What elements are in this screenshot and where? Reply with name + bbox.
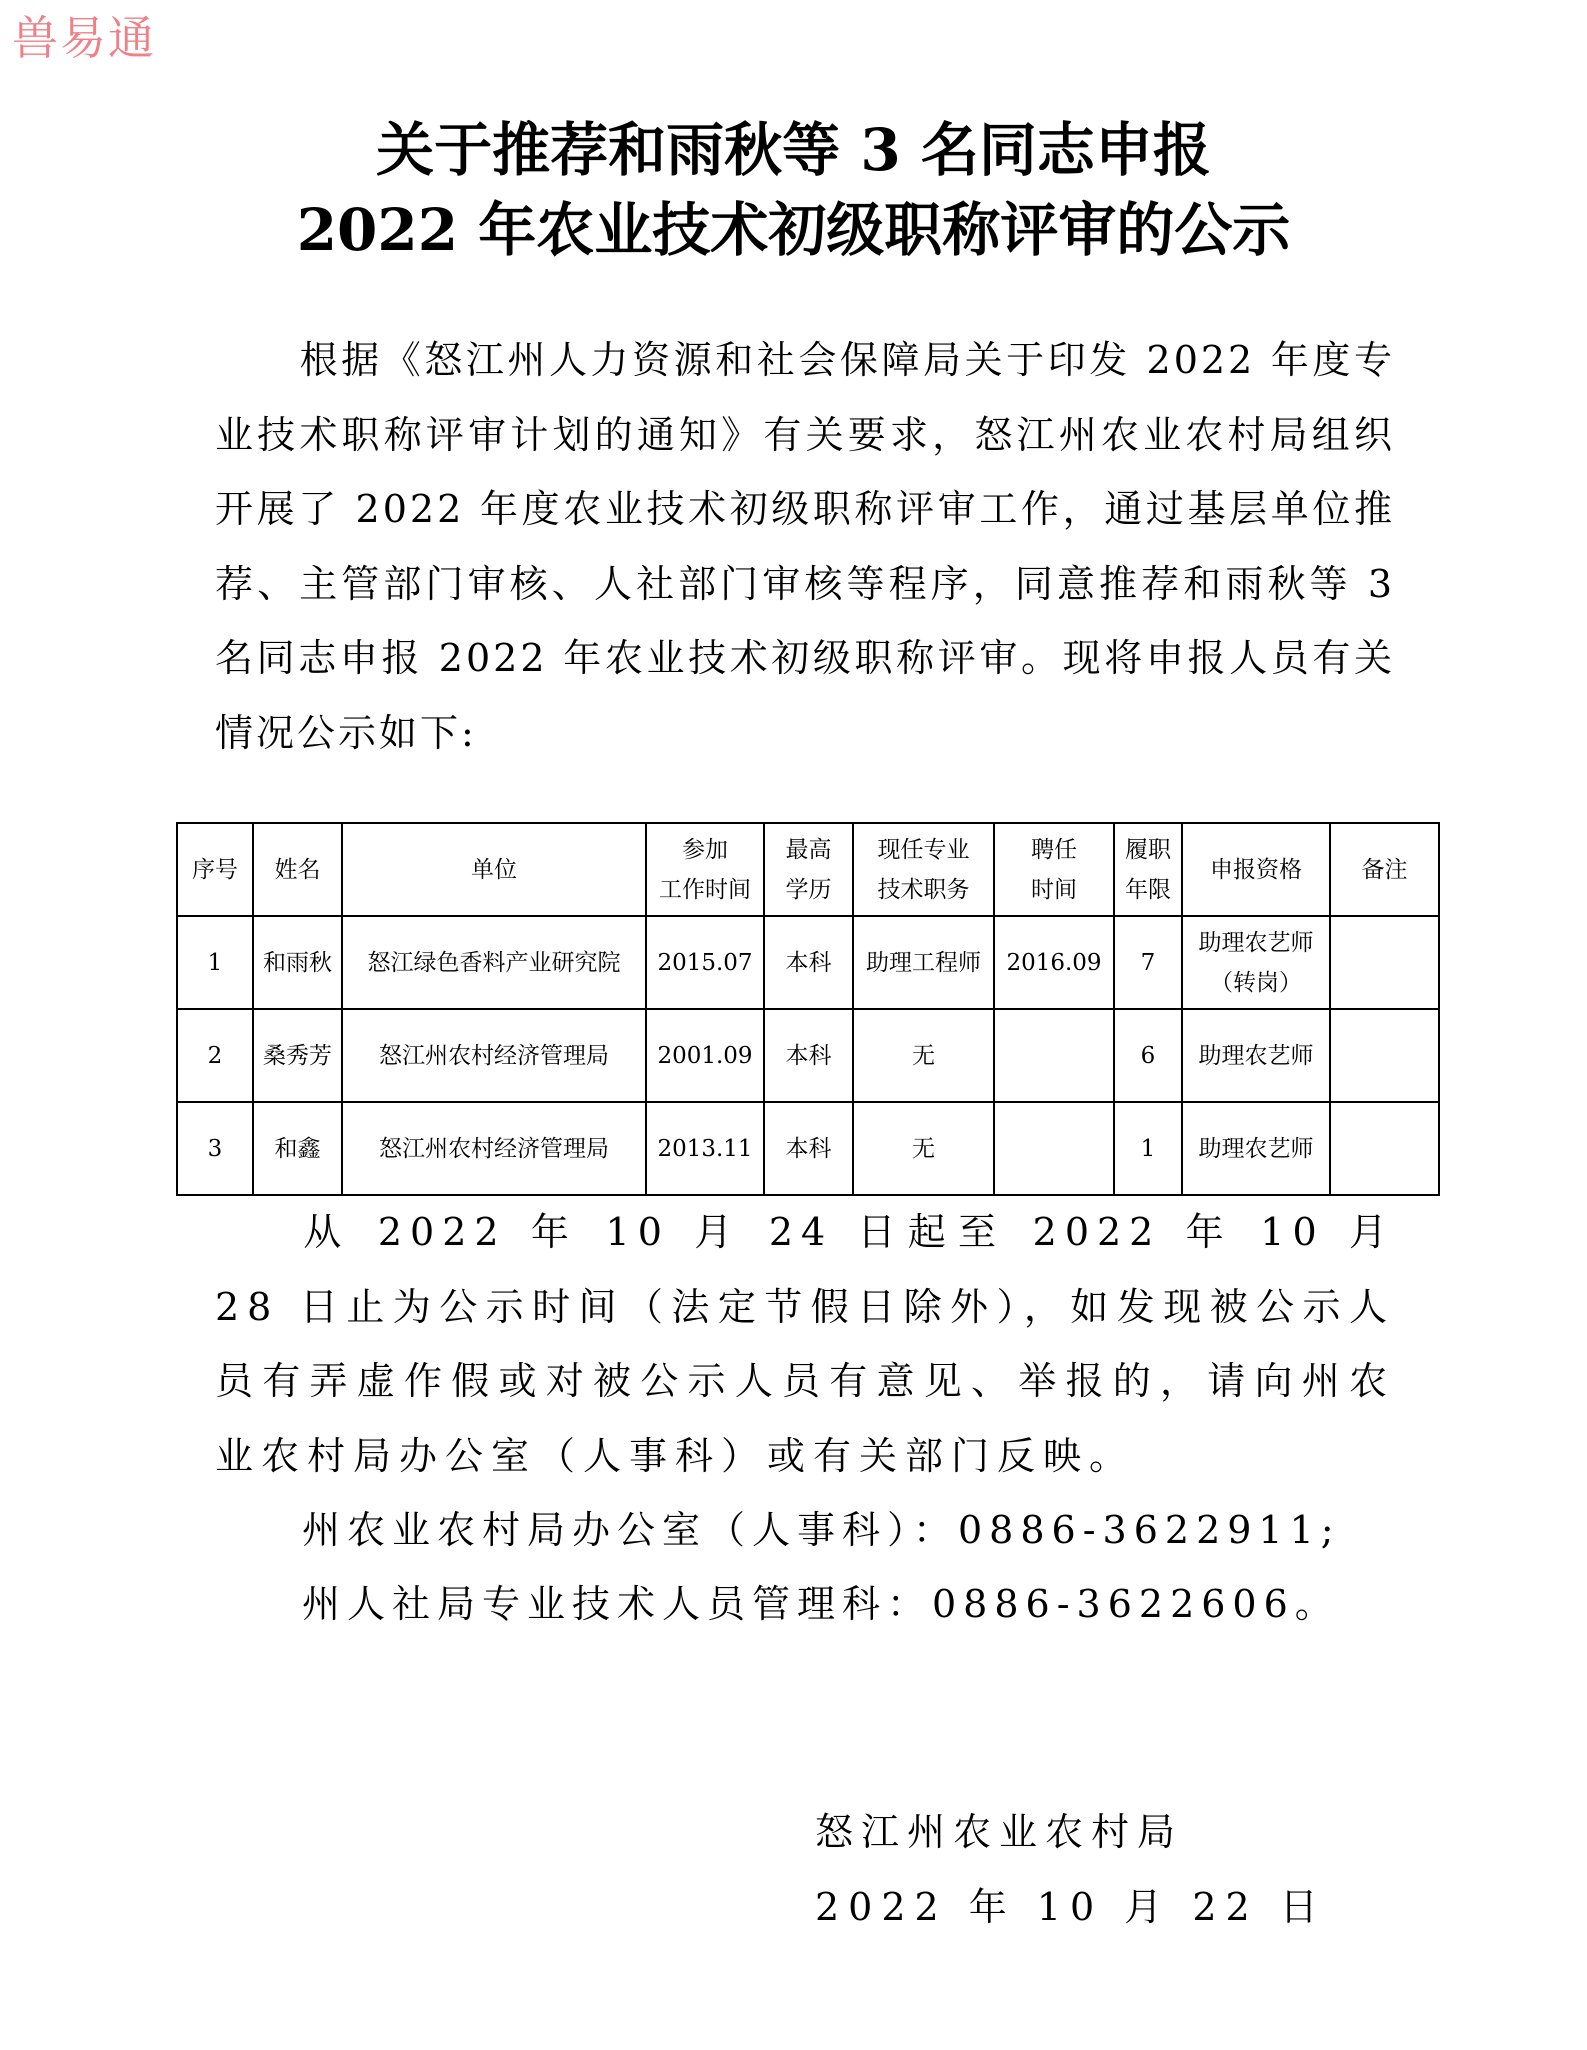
cell-unit: 怒江州农村经济管理局 — [342, 1102, 646, 1195]
cell-unit: 怒江绿色香料产业研究院 — [342, 916, 646, 1009]
signature-date: 2022 年 10 月 22 日 — [815, 1870, 1327, 1944]
cell-appointed — [994, 1102, 1114, 1195]
cell-appointed: 2016.09 — [994, 916, 1114, 1009]
cell-work-start: 2015.07 — [646, 916, 764, 1009]
signature-org: 怒江州农业农村局 — [815, 1795, 1183, 1869]
cell-name: 和雨秋 — [253, 916, 342, 1009]
cell-current-title: 无 — [853, 1009, 994, 1102]
cell-name: 和鑫 — [253, 1102, 342, 1195]
header-qualification: 申报资格 — [1182, 823, 1330, 916]
cell-education: 本科 — [764, 1102, 853, 1195]
header-years: 履职年限 — [1114, 823, 1182, 916]
cell-qualification: 助理农艺师 — [1182, 1102, 1330, 1195]
cell-education: 本科 — [764, 916, 853, 1009]
table-row: 1 和雨秋 怒江绿色香料产业研究院 2015.07 本科 助理工程师 2016.… — [177, 916, 1439, 1009]
cell-unit: 怒江州农村经济管理局 — [342, 1009, 646, 1102]
contact-hr-bureau: 州人社局专业技术人员管理科：0886-3622606。 — [302, 1567, 1340, 1642]
header-name: 姓名 — [253, 823, 342, 916]
cell-name: 桑秀芳 — [253, 1009, 342, 1102]
header-current-title: 现任专业技术职务 — [853, 823, 994, 916]
table-row: 2 桑秀芳 怒江州农村经济管理局 2001.09 本科 无 6 助理农艺师 — [177, 1009, 1439, 1102]
cell-years: 7 — [1114, 916, 1182, 1009]
cell-remark — [1330, 1009, 1439, 1102]
contact-agri-office: 州农业农村局办公室（人事科）：0886-3622911; — [302, 1493, 1341, 1568]
header-unit: 单位 — [342, 823, 646, 916]
header-work-start: 参加工作时间 — [646, 823, 764, 916]
cell-no: 2 — [177, 1009, 253, 1102]
cell-remark — [1330, 1102, 1439, 1195]
intro-paragraph: 根据《怒江州人力资源和社会保障局关于印发 2022 年度专业技术职称评审计划的通… — [215, 323, 1395, 770]
table-row: 3 和鑫 怒江州农村经济管理局 2013.11 本科 无 1 助理农艺师 — [177, 1102, 1439, 1195]
header-appointed: 聘任时间 — [994, 823, 1114, 916]
applicant-table: 序号 姓名 单位 参加工作时间 最高学历 现任专业技术职务 聘任时间 履职年限 … — [176, 822, 1440, 1196]
header-remark: 备注 — [1330, 823, 1439, 916]
cell-education: 本科 — [764, 1009, 853, 1102]
cell-no: 3 — [177, 1102, 253, 1195]
cell-work-start: 2013.11 — [646, 1102, 764, 1195]
cell-current-title: 无 — [853, 1102, 994, 1195]
cell-appointed — [994, 1009, 1114, 1102]
cell-work-start: 2001.09 — [646, 1009, 764, 1102]
header-education: 最高学历 — [764, 823, 853, 916]
cell-remark — [1330, 916, 1439, 1009]
watermark-logo: 兽易通 — [12, 2, 156, 68]
notice-period-paragraph: 从 2022 年 10 月 24 日起至 2022 年 10 月 28 日止为公… — [215, 1195, 1395, 1493]
intro-paragraph-text: 根据《怒江州人力资源和社会保障局关于印发 2022 年度专业技术职称评审计划的通… — [215, 338, 1395, 755]
cell-years: 1 — [1114, 1102, 1182, 1195]
document-title-line2: 2022 年农业技术初级职称评审的公示 — [0, 190, 1587, 270]
header-no: 序号 — [177, 823, 253, 916]
cell-qualification: 助理农艺师 — [1182, 1009, 1330, 1102]
table-header-row: 序号 姓名 单位 参加工作时间 最高学历 现任专业技术职务 聘任时间 履职年限 … — [177, 823, 1439, 916]
notice-period-text: 从 2022 年 10 月 24 日起至 2022 年 10 月 28 日止为公… — [215, 1210, 1395, 1478]
document-title-line1: 关于推荐和雨秋等 3 名同志申报 — [0, 110, 1587, 190]
cell-years: 6 — [1114, 1009, 1182, 1102]
cell-current-title: 助理工程师 — [853, 916, 994, 1009]
cell-qualification: 助理农艺师（转岗） — [1182, 916, 1330, 1009]
cell-no: 1 — [177, 916, 253, 1009]
